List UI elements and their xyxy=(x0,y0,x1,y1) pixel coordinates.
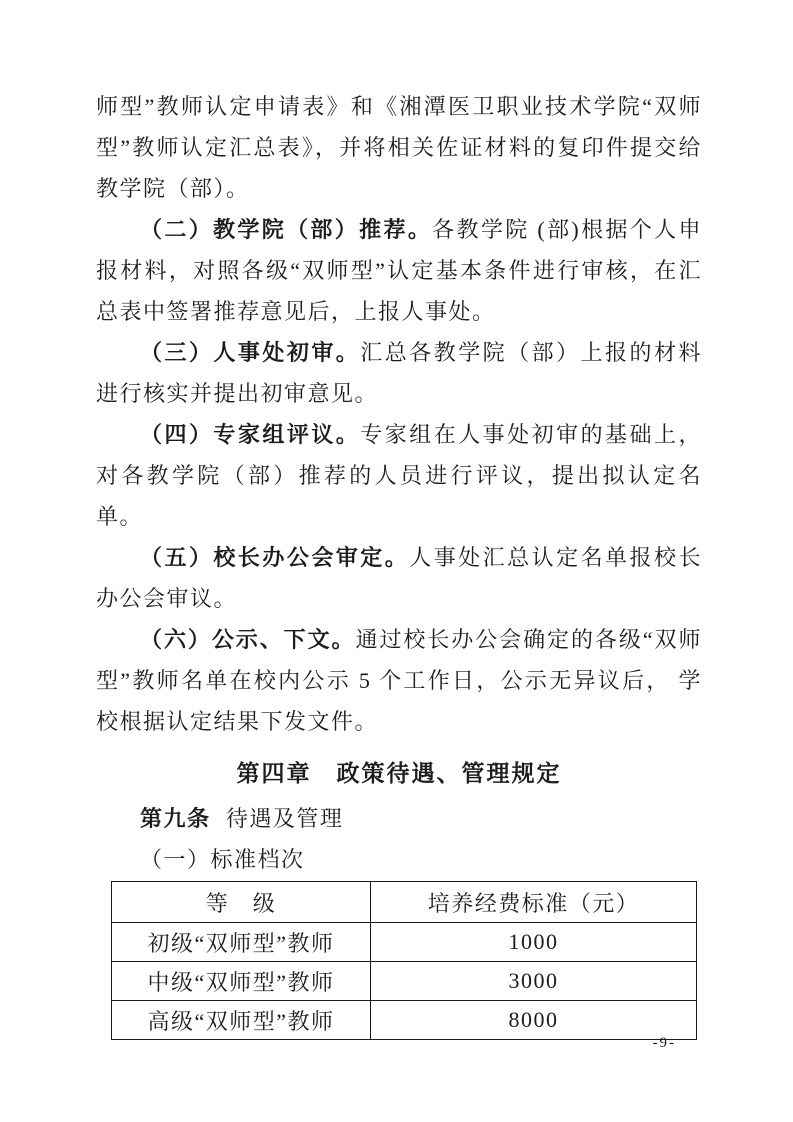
page-number: -9- xyxy=(653,1035,677,1052)
amount-cell: 3000 xyxy=(371,962,697,1001)
amount-cell: 8000 xyxy=(371,1001,697,1040)
paragraph-continuation: 师型”教师认定申请表》和《湘潭医卫职业技术学院“双师型”教师认定汇总表》，并将相… xyxy=(96,86,702,209)
paragraph-lead: （二）教学院（部）推荐。 xyxy=(140,217,432,242)
table-row: 高级“双师型”教师 8000 xyxy=(112,1001,697,1040)
chapter-heading: 第四章 政策待遇、管理规定 xyxy=(96,754,702,794)
paragraph-text: 师型”教师认定申请表》和《湘潭医卫职业技术学院“双师型”教师认定汇总表》，并将相… xyxy=(96,94,702,201)
paragraph-lead: （四）专家组评议。 xyxy=(140,422,360,447)
level-cell: 中级“双师型”教师 xyxy=(112,962,371,1001)
paragraph-item-3: （三）人事处初审。汇总各教学院（部）上报的材料进行核实并提出初审意见。 xyxy=(96,332,702,414)
article-title: 待遇及管理 xyxy=(226,806,344,831)
paragraph-item-6: （六）公示、下文。通过校长办公会确定的各级“双师型”教师名单在校内公示 5 个工… xyxy=(96,619,702,742)
section-label: （一）标准档次 xyxy=(96,839,702,880)
fee-standard-table: 等 级 培养经费标准（元） 初级“双师型”教师 1000 中级“双师型”教师 3… xyxy=(111,881,697,1040)
paragraph-lead: （三）人事处初审。 xyxy=(140,340,360,365)
paragraph-lead: （六）公示、下文。 xyxy=(140,627,356,652)
table-row: 中级“双师型”教师 3000 xyxy=(112,962,697,1001)
level-cell: 高级“双师型”教师 xyxy=(112,1001,371,1040)
body-text: 师型”教师认定申请表》和《湘潭医卫职业技术学院“双师型”教师认定汇总表》，并将相… xyxy=(96,86,702,1040)
article-number: 第九条 xyxy=(140,806,211,831)
amount-cell: 1000 xyxy=(371,923,697,962)
table-header-level: 等 级 xyxy=(112,882,371,923)
table-header-amount: 培养经费标准（元） xyxy=(371,882,697,923)
level-cell: 初级“双师型”教师 xyxy=(112,923,371,962)
table-header-row: 等 级 培养经费标准（元） xyxy=(112,882,697,923)
table-row: 初级“双师型”教师 1000 xyxy=(112,923,697,962)
paragraph-item-2: （二）教学院（部）推荐。各教学院 (部)根据个人申报材料，对照各级“双师型”认定… xyxy=(96,209,702,332)
article-line: 第九条待遇及管理 xyxy=(96,798,702,839)
paragraph-item-4: （四）专家组评议。专家组在人事处初审的基础上，对各教学院（部）推荐的人员进行评议… xyxy=(96,414,702,537)
paragraph-lead: （五）校长办公会审定。 xyxy=(140,545,409,570)
document-page: 师型”教师认定申请表》和《湘潭医卫职业技术学院“双师型”教师认定汇总表》，并将相… xyxy=(0,0,793,1122)
paragraph-item-5: （五）校长办公会审定。人事处汇总认定名单报校长办公会审议。 xyxy=(96,537,702,619)
